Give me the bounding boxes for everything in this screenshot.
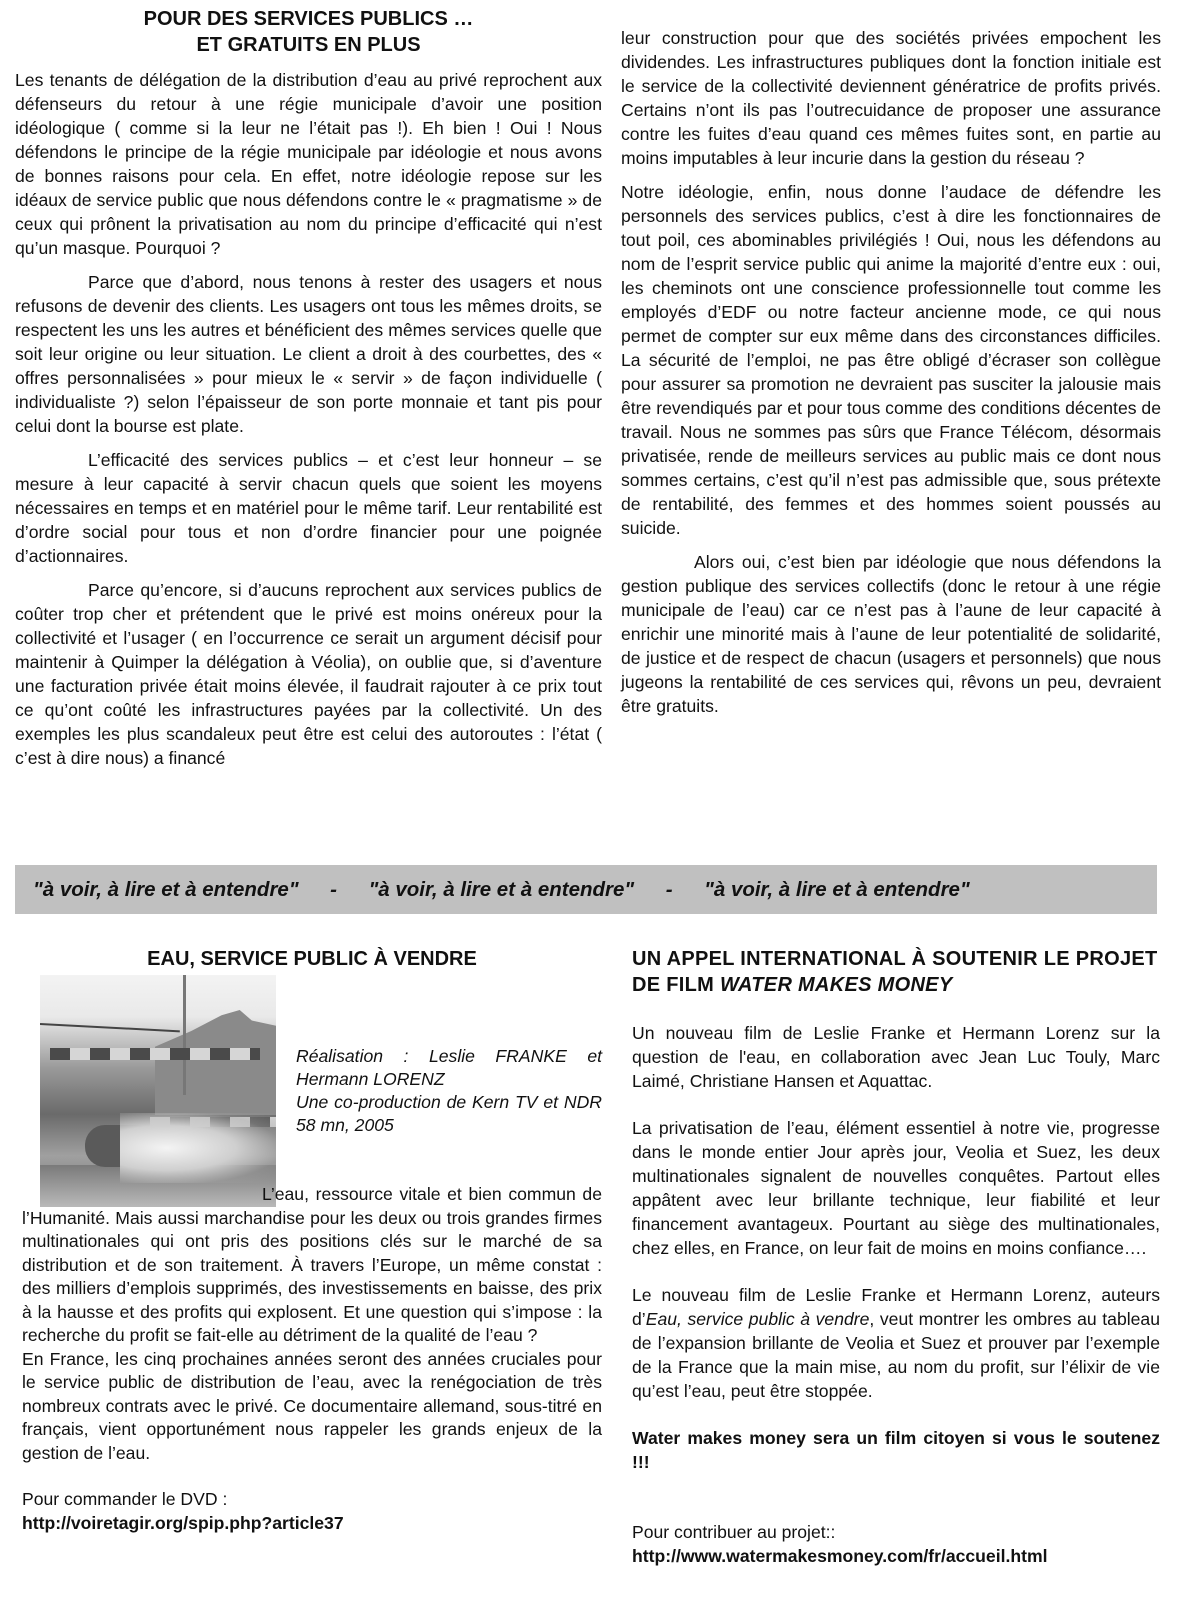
spacer	[632, 1497, 1160, 1520]
paragraph: leur construction pour que des sociétés …	[621, 26, 1161, 170]
spacer	[632, 1403, 1160, 1426]
paragraph: L’efficacité des services publics – et c…	[15, 448, 602, 568]
contribute-link[interactable]: http://www.watermakesmoney.com/fr/accuei…	[632, 1544, 1160, 1568]
article-top-right-column: leur construction pour que des sociétés …	[621, 26, 1161, 718]
article-film-column: EAU, SERVICE PUBLIC À VENDRE	[22, 946, 602, 972]
banner-phrase: "à voir, à lire et à entendre"	[369, 878, 635, 902]
paragraph: Parce que d’abord, nous tenons à rester …	[15, 270, 602, 438]
photo-lamp-pole	[183, 975, 186, 1095]
banner-phrase: "à voir, à lire et à entendre"	[704, 878, 970, 902]
article-title: POUR DES SERVICES PUBLICS … ET GRATUITS …	[15, 6, 602, 58]
paragraph: Un nouveau film de Leslie Franke et Herm…	[632, 1021, 1160, 1093]
paragraph: Alors oui, c’est bien par idéologie que …	[621, 550, 1161, 718]
spacer	[632, 1474, 1160, 1497]
paragraph: Le nouveau film de Leslie Franke et Herm…	[632, 1283, 1160, 1403]
paragraph: Parce qu’encore, si d’aucuns reprochent …	[15, 578, 602, 770]
order-link[interactable]: http://voiretagir.org/spip.php?article37	[22, 1512, 602, 1536]
appeal-title: UN APPEL INTERNATIONAL À SOUTENIR LE PRO…	[632, 946, 1160, 998]
article-title-line1: POUR DES SERVICES PUBLICS …	[144, 8, 474, 30]
paragraph-text: L’eau, ressource vitale et bien commun d…	[22, 1184, 602, 1345]
film-reference: Eau, service public à vendre	[646, 1309, 870, 1329]
banner-separator: -	[299, 878, 369, 902]
film-credits: Réalisation : Leslie FRANKE et Hermann L…	[296, 1045, 602, 1137]
image-float-spacer	[22, 1199, 262, 1200]
article-top-left-column: POUR DES SERVICES PUBLICS … ET GRATUITS …	[15, 6, 602, 770]
photo-wire	[40, 1023, 180, 1032]
spacer	[632, 1260, 1160, 1283]
banner-separator: -	[634, 878, 704, 902]
photo-barrier	[50, 1048, 260, 1060]
callout: Water makes money sera un film citoyen s…	[632, 1426, 1160, 1474]
film-body: L’eau, ressource vitale et bien commun d…	[22, 1183, 602, 1535]
section-banner: "à voir, à lire et à entendre" - "à voir…	[15, 865, 1157, 914]
article-appeal-column: UN APPEL INTERNATIONAL À SOUTENIR LE PRO…	[632, 946, 1160, 1568]
film-photo	[40, 975, 276, 1207]
spacer	[22, 1465, 602, 1488]
article-title-line2: ET GRATUITS EN PLUS	[196, 34, 420, 56]
paragraph: La privatisation de l’eau, élément essen…	[632, 1116, 1160, 1260]
contribute-label: Pour contribuer au projet::	[632, 1520, 1160, 1544]
spacer	[632, 998, 1160, 1021]
spacer	[632, 1093, 1160, 1116]
film-credit-direction: Réalisation : Leslie FRANKE et Hermann L…	[296, 1045, 602, 1091]
order-label: Pour commander le DVD :	[22, 1488, 602, 1512]
paragraph: Les tenants de délégation de la distribu…	[15, 68, 602, 260]
photo-building	[155, 1010, 276, 1115]
paragraph: En France, les cinq prochaines années se…	[22, 1348, 602, 1466]
film-title: EAU, SERVICE PUBLIC À VENDRE	[22, 946, 602, 972]
photo-water-spray	[120, 1113, 276, 1183]
appeal-title-film-name: WATER MAKES MONEY	[720, 974, 953, 996]
paragraph: Notre idéologie, enfin, nous donne l’aud…	[621, 180, 1161, 540]
banner-phrase: "à voir, à lire et à entendre"	[33, 878, 299, 902]
paragraph: L’eau, ressource vitale et bien commun d…	[22, 1183, 602, 1348]
film-credit-production: Une co-production de Kern TV et NDR 58 m…	[296, 1091, 602, 1137]
